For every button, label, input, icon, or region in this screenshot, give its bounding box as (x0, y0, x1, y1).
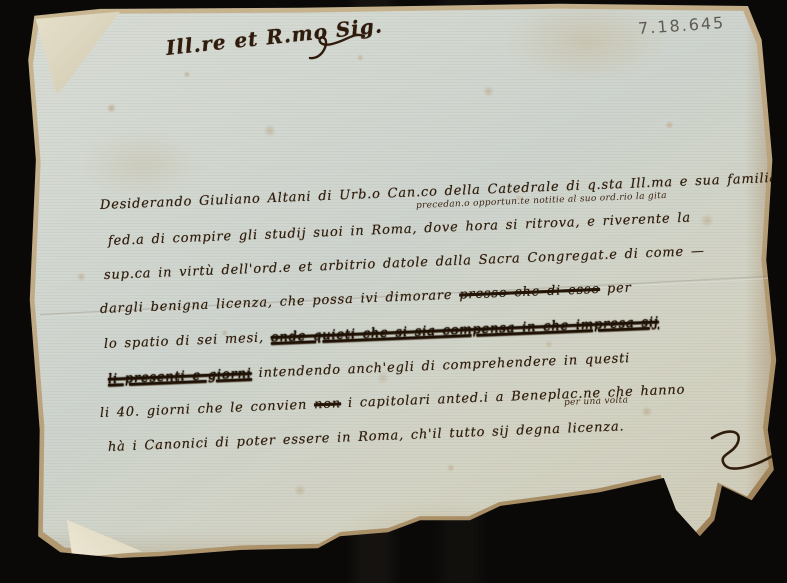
manuscript-paper: 7.18.645 Ill.re et R.mo Sig. Desiderando… (16, 2, 780, 574)
text-segment: per (600, 281, 632, 297)
photo-backdrop: 7.18.645 Ill.re et R.mo Sig. Desiderando… (0, 0, 787, 583)
flourish-icon (308, 30, 368, 64)
struck-text-segment: non (314, 396, 342, 412)
paper-surface (21, 7, 775, 569)
flourish-icon (708, 424, 780, 476)
